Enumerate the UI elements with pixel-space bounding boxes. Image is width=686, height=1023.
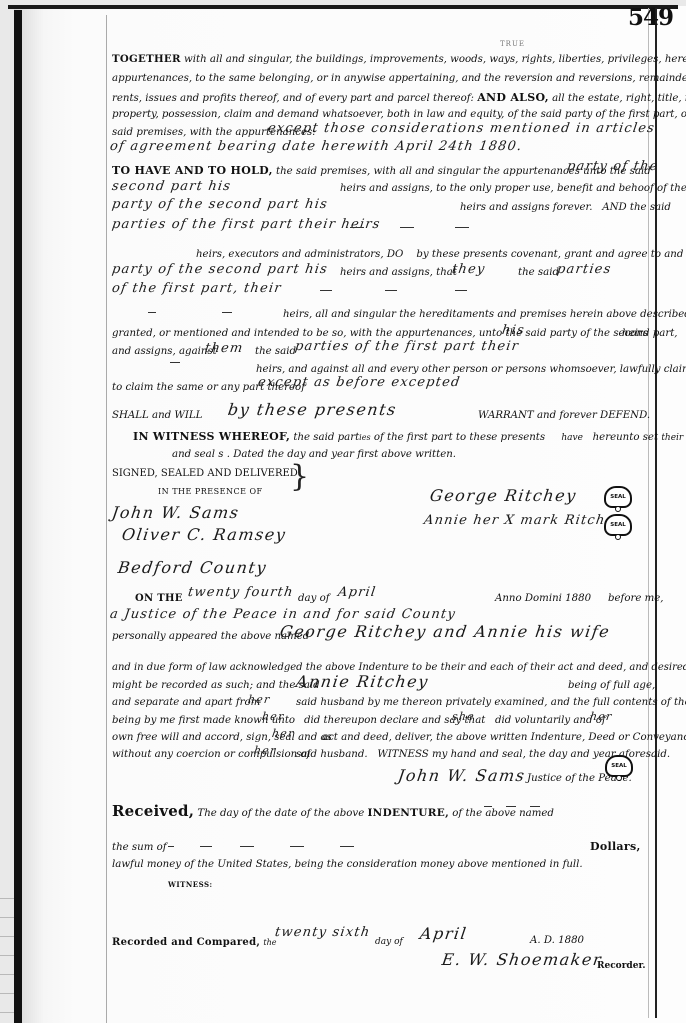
ack-line5a: own free will and accord, sign, seal and… <box>112 733 332 743</box>
recorded-heading: Recorded and Compared, <box>112 937 260 948</box>
witness-signature-1: John W. Sams <box>111 505 241 521</box>
receipt-line2: lawful money of the United States, being… <box>112 860 583 870</box>
warranty-line4: heirs, and against all and every other p… <box>256 365 686 375</box>
hw-his: his <box>501 324 526 337</box>
receipt-witness: WITNESS: <box>168 881 213 888</box>
hw-her: her <box>589 711 613 722</box>
witness-line2: and seal s . Dated the day and year firs… <box>172 450 456 460</box>
before-me: before me, <box>608 594 664 604</box>
recorder-signature: E. W. Shoemaker <box>441 952 603 968</box>
hw-wife-name: Annie Ritchey <box>295 674 430 690</box>
hw-by-these-presents: by these presents <box>227 402 398 418</box>
habendum-heading: TO HAVE AND TO HOLD, <box>112 164 273 177</box>
blank-dash <box>200 846 212 847</box>
hw-her: her <box>271 728 295 739</box>
habendum-line5: heirs and assigns, that <box>340 268 457 278</box>
warranty-line3b: the said <box>255 347 296 357</box>
indenture-heading: INDENTURE, <box>367 807 449 819</box>
hw-record-day: twenty sixth <box>274 926 371 939</box>
blank-dash <box>400 227 414 228</box>
true-stamp: TRUE <box>500 40 525 48</box>
seal-icon: SEAL <box>605 755 633 777</box>
hw-they: they <box>451 263 486 276</box>
habendum-line2: heirs and assigns, to the only proper us… <box>340 184 686 194</box>
dollars: Dollars, <box>590 841 641 853</box>
margin-grid <box>0 880 14 1023</box>
and-also-heading: AND ALSO, <box>477 91 549 104</box>
hw-county: Bedford County <box>117 560 268 576</box>
witness-signature-2: Oliver C. Ramsey <box>121 527 288 543</box>
left-margin-rule <box>106 15 107 1023</box>
hw-her: her <box>253 745 277 756</box>
shall-and-will: SHALL and WILL <box>112 411 202 421</box>
ack-line2a: might be recorded as such; and the said <box>112 681 320 691</box>
seal-icon: SEAL <box>604 514 632 536</box>
warranty-line1: heirs, all and singular the hereditament… <box>283 310 686 320</box>
page-top-edge <box>8 5 678 9</box>
signed-sealed-delivered: SIGNED, SEALED AND DELIVERED <box>112 469 298 479</box>
grantor-signature-2: Annie her X mark Ritchey <box>423 514 624 527</box>
blank-dash <box>455 290 467 291</box>
anno-domini: Anno Domini 1880 <box>495 594 591 604</box>
habendum-line5b: the said <box>518 268 559 278</box>
blank-dash <box>320 290 332 291</box>
blank-dash <box>170 362 180 363</box>
together-heading: TOGETHER <box>112 53 181 65</box>
hw-first-part-their: of the first part, their <box>111 282 282 295</box>
brace-icon: } <box>290 462 309 492</box>
justice-signature: John W. Sams <box>397 768 527 784</box>
hw-her: her <box>247 694 271 705</box>
recorded-compared: Recorded and Compared, the <box>112 938 277 948</box>
grantor-signature-1: George Ritchey <box>429 488 578 504</box>
hw-she: she <box>451 711 475 722</box>
ack-line3a: and separate and apart from <box>112 698 260 708</box>
blank-dash <box>506 806 516 807</box>
book-binding <box>14 10 22 1023</box>
habendum-line3: heirs and assigns forever. AND the said <box>460 203 671 213</box>
blank-dash <box>340 846 354 847</box>
habendum-line4: heirs, executors and administrators, DO … <box>196 250 686 260</box>
blank-dash <box>350 227 364 228</box>
witness-line1: IN WITNESS WHEREOF, the said parties of … <box>133 431 686 443</box>
handwritten-exception-2: of agreement bearing date herewith April… <box>109 140 523 153</box>
warranty-line3: and assigns, against <box>112 347 217 357</box>
hw-her: her <box>261 711 285 722</box>
ack-line5b: act and deed, deliver, the above written… <box>322 733 686 743</box>
hw-party-of-the: party of the <box>566 160 659 173</box>
ack-line3b: said husband by me thereon privately exa… <box>296 698 686 708</box>
warranty-line2: granted, or mentioned and intended to be… <box>112 329 678 339</box>
warranty-heirs: heirs <box>622 329 648 339</box>
handwritten-exception-1: except those considerations mentioned in… <box>267 122 656 135</box>
blank-dash <box>455 227 469 228</box>
on-the: ON THE <box>135 594 183 604</box>
sum-of: the sum of <box>112 843 167 853</box>
blank-dash <box>484 806 492 807</box>
hw-parties: parties <box>556 263 612 276</box>
warrant-defend: WARRANT and forever DEFEND. <box>478 411 650 421</box>
record-day-of: day of <box>375 938 403 947</box>
hw-second-part-his: second part his <box>111 180 232 193</box>
ack-line6a: without any coercion or compulsion of <box>112 750 310 760</box>
day-of: day of <box>298 594 330 604</box>
hw-party-second-part-his: party of the second part his <box>111 263 329 276</box>
hw-except-as-before: except as before excepted <box>257 376 461 389</box>
in-presence-of: IN THE PRESENCE OF <box>158 488 263 496</box>
blank-dash <box>385 290 397 291</box>
blank-dash <box>290 846 304 847</box>
hw-ack-month: April <box>337 586 377 599</box>
received-heading: Received, <box>112 802 194 820</box>
hw-parties-first-part: parties of the first part their heirs <box>111 218 381 231</box>
hw-party-second-part: party of the second part his <box>111 198 329 211</box>
blank-dash <box>240 846 254 847</box>
blank-dash <box>148 312 156 313</box>
ack-line2b: being of full age, <box>568 681 655 691</box>
blank-dash <box>530 806 540 807</box>
together-line3: rents, issues and profits thereof, and o… <box>112 92 686 104</box>
hw-justice-of-peace: a Justice of the Peace in and for said C… <box>109 608 457 621</box>
hw-appearing-names: George Ritchey and Annie his wife <box>279 624 611 640</box>
recorder-title: Recorder. <box>597 962 646 971</box>
record-ad: A. D. 1880 <box>530 936 584 946</box>
together-line2: appurtenances, to the same belonging, or… <box>112 74 686 84</box>
witness-heading: IN WITNESS WHEREOF, <box>133 430 290 443</box>
hw-them: them <box>204 342 244 355</box>
together-line1: TOGETHER with all and singular, the buil… <box>112 54 686 65</box>
hw-record-month: April <box>419 926 468 942</box>
blank-dash <box>222 312 232 313</box>
hw-ack-day: twenty fourth <box>187 586 294 599</box>
together-line4: property, possession, claim and demand w… <box>112 110 686 120</box>
blank-dash <box>168 846 174 847</box>
seal-icon: SEAL <box>604 486 632 508</box>
page-number: 549 <box>628 4 673 31</box>
hw-parties-first-part-their: parties of the first part their <box>294 340 520 353</box>
